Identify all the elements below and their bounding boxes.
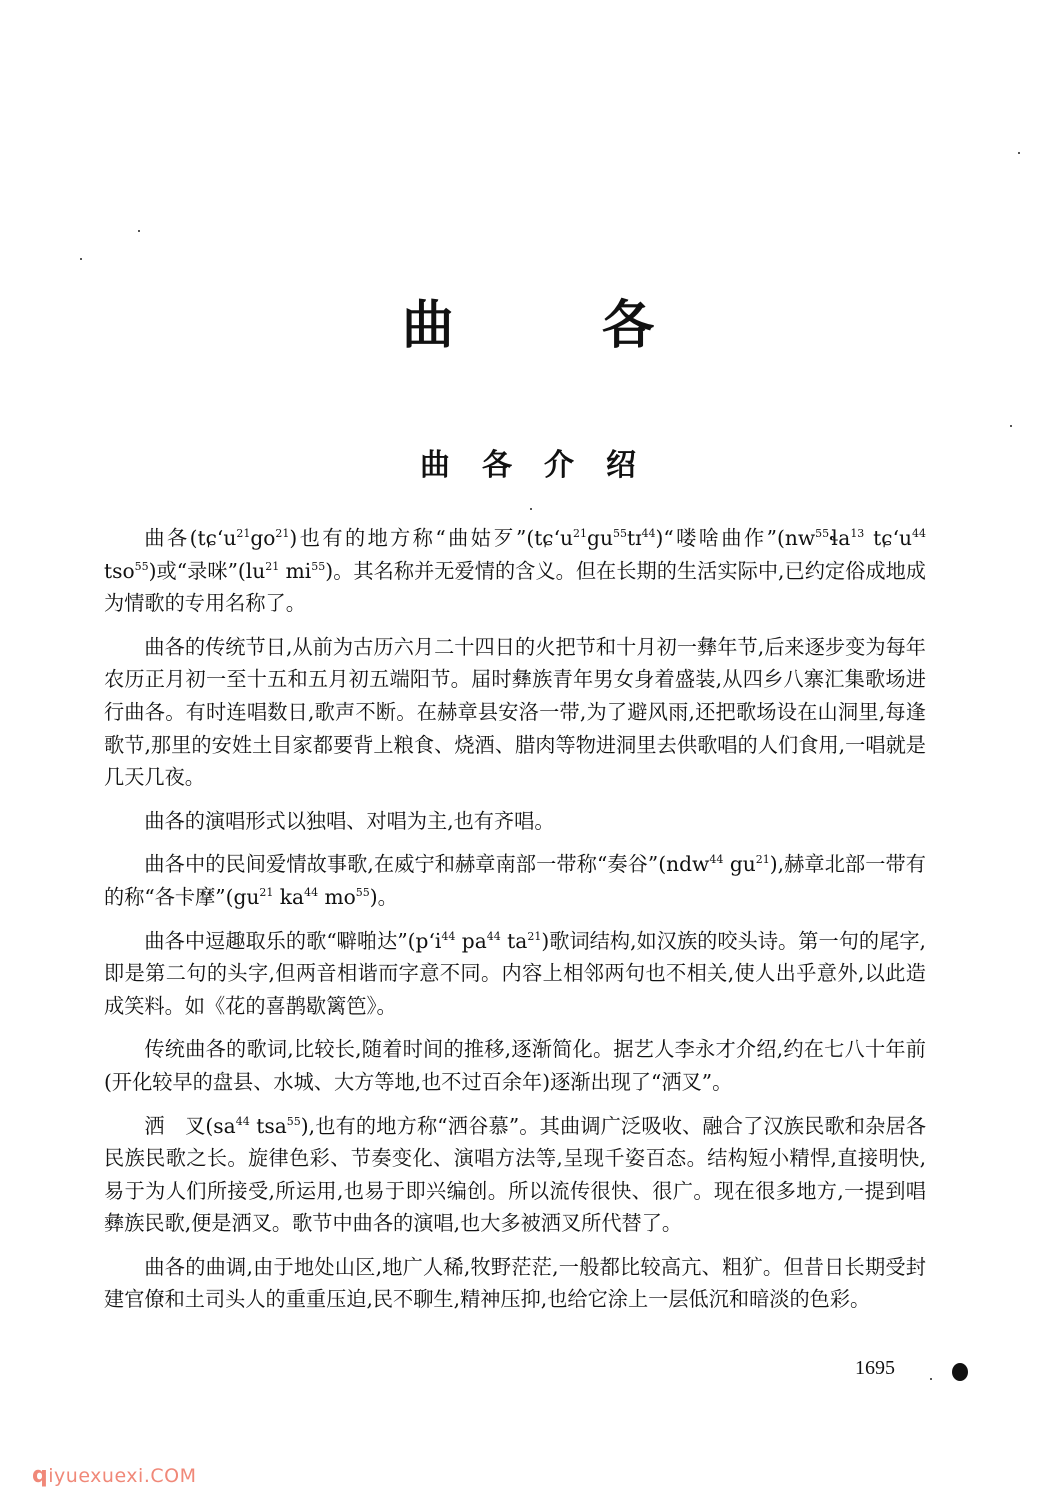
scan-speck	[1018, 152, 1020, 154]
paragraph: 曲各中的民间爱情故事歌,在威宁和赫章南部一带称“奏谷”(ndw44 gu21),…	[104, 848, 926, 913]
tone-number: 21	[573, 527, 587, 540]
chapter-title-char-2: 各	[602, 296, 654, 356]
watermark-text: iyuexuexi.COM	[48, 1465, 196, 1487]
paragraph: 曲各的曲调,由于地处山区,地广人稀,牧野茫茫,一般都比较高亢、粗犷。但昔日长期受…	[104, 1251, 926, 1316]
scan-speck	[138, 230, 140, 232]
ink-blot-icon	[952, 1363, 968, 1381]
tone-number: 55	[356, 886, 370, 899]
scan-speck	[930, 1378, 932, 1380]
paragraph: 洒 叉(sa44 tsa55),也有的地方称“洒谷慕”。其曲调广泛吸收、融合了汉…	[104, 1110, 926, 1240]
tone-number: 21	[527, 930, 541, 943]
paragraph: 曲各中逗趣取乐的歌“噼啪达”(p‘i44 pa44 ta21)歌词结构,如汉族的…	[104, 925, 926, 1023]
page-number: 1695	[855, 1357, 895, 1380]
paragraph: 曲各的传统节日,从前为古历六月二十四日的火把节和十月初一彝年节,后来逐步变为每年…	[104, 631, 926, 794]
tone-number: 44	[441, 930, 455, 943]
tone-number: 55	[613, 527, 627, 540]
tone-number: 13	[850, 527, 864, 540]
tone-number: 44	[236, 1115, 250, 1128]
tone-number: 44	[304, 886, 318, 899]
watermark-logo: q	[32, 1463, 48, 1488]
tone-number: 44	[642, 527, 656, 540]
chapter-title-char-1: 曲	[402, 296, 454, 356]
tone-number: 55	[135, 560, 149, 573]
paragraph: 传统曲各的歌词,比较长,随着时间的推移,逐渐简化。据艺人李永才介绍,约在七八十年…	[104, 1033, 926, 1098]
chapter-title: 曲各	[0, 296, 1056, 356]
paragraph: 曲各的演唱形式以独唱、对唱为主,也有齐唱。	[104, 805, 926, 838]
scan-speck	[1010, 425, 1012, 427]
tone-number: 21	[756, 853, 770, 866]
tone-number: 55	[815, 527, 829, 540]
paragraph: 曲各(tɕ‘u21go21)也有的地方称“曲姑歹”(tɕ‘u21gu55tɪ44…	[104, 522, 926, 620]
tone-number: 21	[259, 886, 273, 899]
tone-number: 55	[287, 1115, 301, 1128]
tone-number: 44	[912, 527, 926, 540]
tone-number: 21	[236, 527, 250, 540]
body-text: 曲各(tɕ‘u21go21)也有的地方称“曲姑歹”(tɕ‘u21gu55tɪ44…	[104, 522, 926, 1327]
tone-number: 21	[265, 560, 279, 573]
tone-number: 44	[709, 853, 723, 866]
tone-number: 44	[487, 930, 501, 943]
tone-number: 21	[275, 527, 289, 540]
watermark-link[interactable]: qiyuexuexi.COM	[32, 1463, 197, 1488]
section-title: 曲各介绍	[0, 446, 1056, 486]
document-page: 曲各 曲各介绍 曲各(tɕ‘u21go21)也有的地方称“曲姑歹”(tɕ‘u21…	[0, 0, 1056, 1505]
tone-number: 55	[311, 560, 325, 573]
scan-speck	[530, 508, 532, 510]
scan-speck	[80, 258, 82, 260]
